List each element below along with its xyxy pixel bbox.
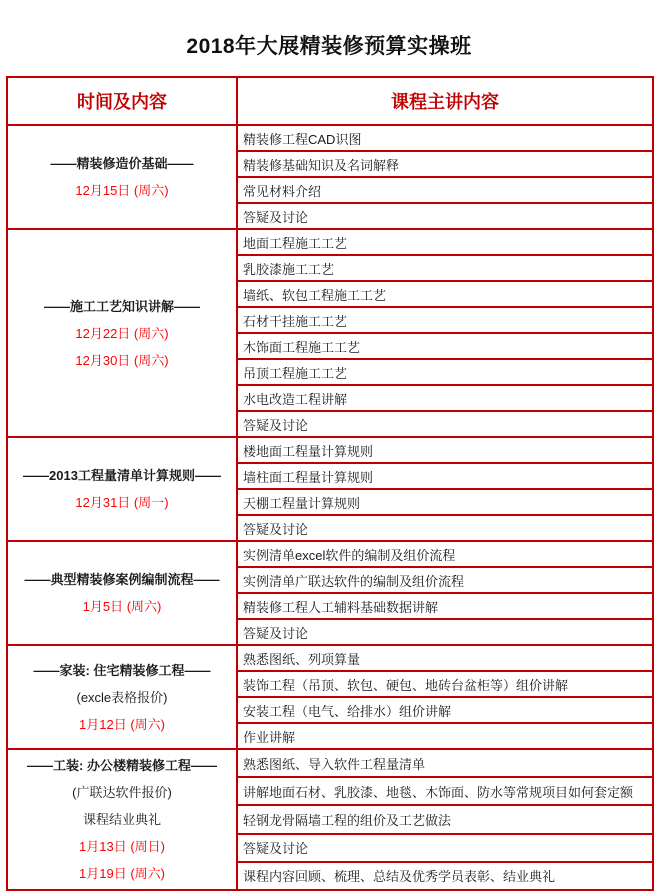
section-date: 1月19日 (周六) xyxy=(10,860,234,887)
section-date: 12月22日 (周六) xyxy=(10,320,234,347)
table-row: ——2013工程量清单计算规则—— 12月31日 (周一) 楼地面工程量计算规则 xyxy=(7,437,653,463)
column-header-time: 时间及内容 xyxy=(7,77,237,125)
schedule-table: 时间及内容 课程主讲内容 ——精装修造价基础—— 12月15日 (周六) 精装修… xyxy=(6,76,654,891)
section-time-cell: ——典型精装修案例编制流程—— 1月5日 (周六) xyxy=(7,541,237,645)
topic-cell: 答疑及讨论 xyxy=(237,834,653,862)
section-time-cell: ——施工工艺知识讲解—— 12月22日 (周六) 12月30日 (周六) xyxy=(7,229,237,437)
topic-cell: 安装工程（电气、给排水）组价讲解 xyxy=(237,697,653,723)
topic-cell: 常见材料介绍 xyxy=(237,177,653,203)
table-row: ——精装修造价基础—— 12月15日 (周六) 精装修工程CAD识图 xyxy=(7,125,653,151)
topic-cell: 吊顶工程施工工艺 xyxy=(237,359,653,385)
section-date: 12月31日 (周一) xyxy=(10,489,234,516)
topic-cell: 墙纸、软包工程施工工艺 xyxy=(237,281,653,307)
topic-cell: 装饰工程（吊顶、软包、硬包、地砖台盆柜等）组价讲解 xyxy=(237,671,653,697)
section-date: 12月15日 (周六) xyxy=(10,177,234,204)
section-date: 1月12日 (周六) xyxy=(10,711,234,738)
section-time-cell: ——精装修造价基础—— 12月15日 (周六) xyxy=(7,125,237,229)
topic-cell: 墙柱面工程量计算规则 xyxy=(237,463,653,489)
topic-cell: 木饰面工程施工工艺 xyxy=(237,333,653,359)
topic-cell: 讲解地面石材、乳胶漆、地毯、木饰面、防水等常规项目如何套定额 xyxy=(237,777,653,805)
section-time-cell: ——2013工程量清单计算规则—— 12月31日 (周一) xyxy=(7,437,237,541)
topic-cell: 精装修工程人工辅料基础数据讲解 xyxy=(237,593,653,619)
section-period: ——家装: 住宅精装修工程—— xyxy=(10,657,234,684)
table-row: ——施工工艺知识讲解—— 12月22日 (周六) 12月30日 (周六) 地面工… xyxy=(7,229,653,255)
section-time-cell: ——工装: 办公楼精装修工程—— (广联达软件报价) 课程结业典礼 1月13日 … xyxy=(7,749,237,890)
topic-cell: 精装修工程CAD识图 xyxy=(237,125,653,151)
section-time-cell: ——家装: 住宅精装修工程—— (excle表格报价) 1月12日 (周六) xyxy=(7,645,237,749)
page-title: 2018年大展精装修预算实操班 xyxy=(0,0,658,60)
header-row: 时间及内容 课程主讲内容 xyxy=(7,77,653,125)
topic-cell: 答疑及讨论 xyxy=(237,411,653,437)
table-row: ——典型精装修案例编制流程—— 1月5日 (周六) 实例清单excel软件的编制… xyxy=(7,541,653,567)
section-period: ——施工工艺知识讲解—— xyxy=(10,293,234,320)
topic-cell: 实例清单广联达软件的编制及组价流程 xyxy=(237,567,653,593)
topic-cell: 乳胶漆施工工艺 xyxy=(237,255,653,281)
section-period: ——2013工程量清单计算规则—— xyxy=(10,462,234,489)
section-note: (广联达软件报价) xyxy=(10,779,234,806)
table-row: ——工装: 办公楼精装修工程—— (广联达软件报价) 课程结业典礼 1月13日 … xyxy=(7,749,653,777)
section-date: 1月13日 (周日) xyxy=(10,833,234,860)
topic-cell: 石材干挂施工工艺 xyxy=(237,307,653,333)
topic-cell: 答疑及讨论 xyxy=(237,203,653,229)
topic-cell: 天棚工程量计算规则 xyxy=(237,489,653,515)
topic-cell: 水电改造工程讲解 xyxy=(237,385,653,411)
section-period: ——精装修造价基础—— xyxy=(10,150,234,177)
column-header-content: 课程主讲内容 xyxy=(237,77,653,125)
topic-cell: 熟悉图纸、列项算量 xyxy=(237,645,653,671)
topic-cell: 精装修基础知识及名词解释 xyxy=(237,151,653,177)
table-row: ——家装: 住宅精装修工程—— (excle表格报价) 1月12日 (周六) 熟… xyxy=(7,645,653,671)
topic-cell: 地面工程施工工艺 xyxy=(237,229,653,255)
section-note: (excle表格报价) xyxy=(10,684,234,711)
section-date: 12月30日 (周六) xyxy=(10,347,234,374)
topic-cell: 轻钢龙骨隔墙工程的组价及工艺做法 xyxy=(237,805,653,833)
section-date: 1月5日 (周六) xyxy=(10,593,234,620)
section-note: 课程结业典礼 xyxy=(10,806,234,833)
topic-cell: 实例清单excel软件的编制及组价流程 xyxy=(237,541,653,567)
topic-cell: 课程内容回顾、梳理、总结及优秀学员表彰、结业典礼 xyxy=(237,862,653,890)
topic-cell: 熟悉图纸、导入软件工程量清单 xyxy=(237,749,653,777)
topic-cell: 楼地面工程量计算规则 xyxy=(237,437,653,463)
topic-cell: 作业讲解 xyxy=(237,723,653,749)
section-period: ——工装: 办公楼精装修工程—— xyxy=(10,752,234,779)
topic-cell: 答疑及讨论 xyxy=(237,515,653,541)
topic-cell: 答疑及讨论 xyxy=(237,619,653,645)
section-period: ——典型精装修案例编制流程—— xyxy=(10,566,234,593)
